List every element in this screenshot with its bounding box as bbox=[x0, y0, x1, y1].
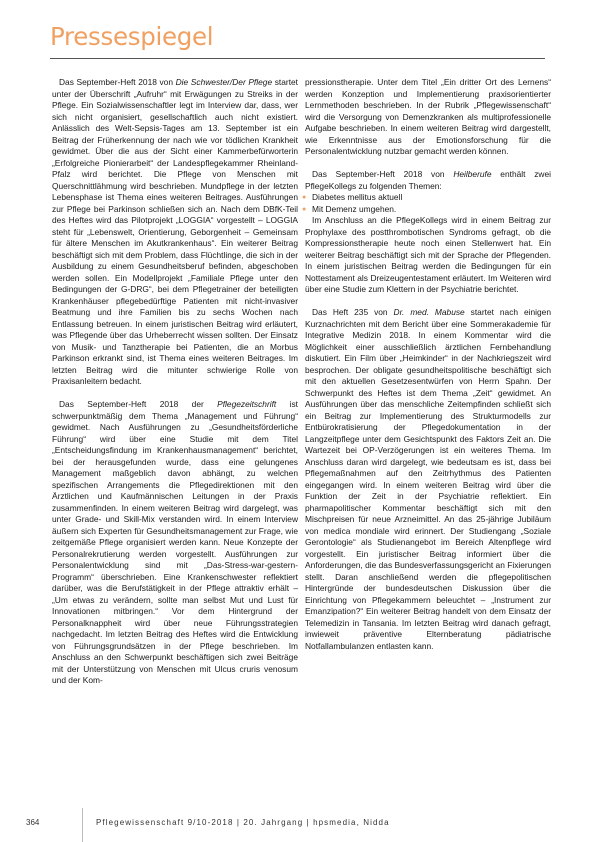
paragraph-pflegezeitschrift: Das September-Heft 2018 der Pflegezeitsc… bbox=[52, 399, 298, 687]
page-title: Pressespiegel bbox=[50, 22, 213, 52]
text-segment: Das September-Heft 2018 von bbox=[312, 169, 453, 179]
right-column: pressionstherapie. Unter dem Titel „Ein … bbox=[305, 77, 551, 652]
text-segment: Das Heft 235 von bbox=[312, 307, 394, 317]
bullet-icon: ● bbox=[302, 204, 306, 216]
text-segment: startet unter der Überschrift „Aufruhr“ … bbox=[52, 77, 298, 386]
journal-name-dr-med-mabuse: Dr. med. Mabuse bbox=[394, 307, 465, 317]
page-footer: 364 Pflegewissenschaft 9/10-2018 | 20. J… bbox=[0, 808, 595, 842]
list-item-text: Diabetes mellitus aktuell bbox=[312, 192, 402, 202]
paragraph-mabuse: Das Heft 235 von Dr. med. Mabuse startet… bbox=[305, 307, 551, 652]
title-rule bbox=[50, 58, 545, 59]
journal-name-die-schwester-der-pflege: Die Schwester/Der Pflege bbox=[176, 77, 272, 87]
text-segment: startet nach einigen Kurznachrichten mit… bbox=[305, 307, 551, 651]
journal-name-heilberufe: Heilberufe bbox=[453, 169, 491, 179]
bullet-icon: ● bbox=[302, 192, 306, 204]
footer-divider bbox=[82, 808, 83, 842]
text-segment: ist schwerpunktmäßig dem Thema „Manageme… bbox=[52, 399, 298, 685]
list-item-text: Mit Demenz umgehen. bbox=[312, 204, 396, 214]
page-number: 364 bbox=[26, 818, 39, 827]
paragraph-continuation: pressionstherapie. Unter dem Titel „Ein … bbox=[305, 77, 551, 158]
paragraph-heilberufe-rest: Im Anschluss an die PflegeKollegs wird i… bbox=[305, 215, 551, 296]
journal-name-pflegezeitschrift: Pflegezeitschrift bbox=[217, 399, 276, 409]
left-column: Das September-Heft 2018 von Die Schweste… bbox=[52, 77, 298, 687]
paragraph-schwester-pflege: Das September-Heft 2018 von Die Schweste… bbox=[52, 77, 298, 388]
list-item: ● Mit Demenz umgehen. bbox=[305, 204, 551, 216]
text-segment: Das September-Heft 2018 von bbox=[59, 77, 176, 87]
text-segment: Das September-Heft 2018 der bbox=[59, 399, 217, 409]
topic-list: ● Diabetes mellitus aktuell ● Mit Demenz… bbox=[305, 192, 551, 215]
publication-info: Pflegewissenschaft 9/10-2018 | 20. Jahrg… bbox=[96, 818, 390, 827]
list-item: ● Diabetes mellitus aktuell bbox=[305, 192, 551, 204]
paragraph-heilberufe-intro: Das September-Heft 2018 von Heilberufe e… bbox=[305, 169, 551, 192]
